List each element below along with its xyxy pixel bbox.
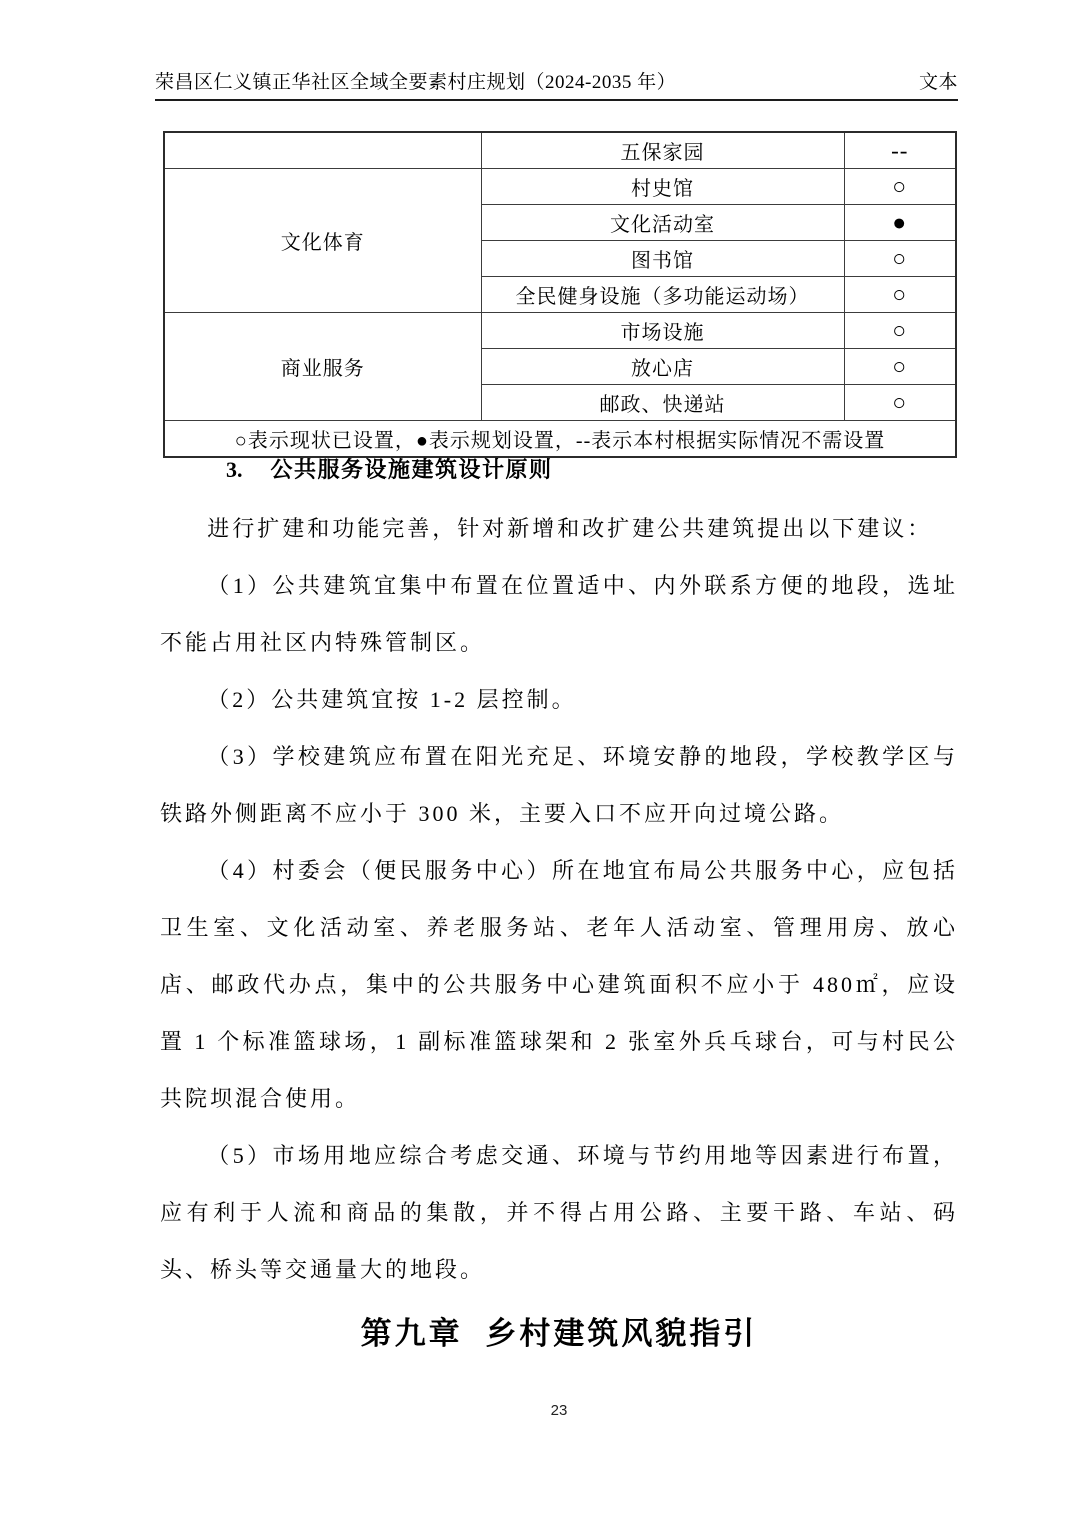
table-row: 五保家园 -- <box>164 132 956 169</box>
page-header: 荣昌区仁义镇正华社区全域全要素村庄规划（2024-2035 年） 文本 <box>155 70 958 101</box>
table-legend-note: ○表示现状已设置，●表示规划设置，--表示本村根据实际情况不需设置 <box>164 421 956 458</box>
table-cell-facility: 图书馆 <box>481 241 844 277</box>
section-heading: 3. 公共服务设施建筑设计原则 <box>226 454 553 486</box>
paragraph-1: （1）公共建筑宜集中布置在位置适中、内外联系方便的地段，选址不能占用社区内特殊管… <box>160 557 958 671</box>
status-symbol: ○ <box>844 313 956 349</box>
header-right-label: 文本 <box>919 70 958 96</box>
paragraph-intro: 进行扩建和功能完善，针对新增和改扩建公共建筑提出以下建议： <box>160 500 958 557</box>
table-cell-category <box>164 132 481 169</box>
paragraph-5: （5）市场用地应综合考虑交通、环境与节约用地等因素进行布置，应有利于人流和商品的… <box>160 1127 958 1298</box>
paragraph-3: （3）学校建筑应布置在阳光充足、环境安静的地段，学校教学区与铁路外侧距离不应小于… <box>160 728 958 842</box>
table-cell-category: 文化体育 <box>164 169 481 313</box>
status-symbol: ○ <box>844 349 956 385</box>
table-cell-facility: 市场设施 <box>481 313 844 349</box>
section-title: 公共服务设施建筑设计原则 <box>271 454 553 486</box>
table-cell-facility: 放心店 <box>481 349 844 385</box>
table-cell-facility: 五保家园 <box>481 132 844 169</box>
body-text: 进行扩建和功能完善，针对新增和改扩建公共建筑提出以下建议： （1）公共建筑宜集中… <box>160 500 958 1298</box>
facility-table: 五保家园 -- 文化体育 村史馆 ○ 文化活动室 ● 图书馆 ○ 全民健身设施（… <box>163 131 957 458</box>
status-symbol: ○ <box>844 277 956 313</box>
table-cell-facility: 村史馆 <box>481 169 844 205</box>
table-cell-facility: 邮政、快递站 <box>481 385 844 421</box>
table-cell-facility: 文化活动室 <box>481 205 844 241</box>
table-row: 商业服务 市场设施 ○ <box>164 313 956 349</box>
table-row: 文化体育 村史馆 ○ <box>164 169 956 205</box>
header-title: 荣昌区仁义镇正华社区全域全要素村庄规划（2024-2035 年） <box>155 70 676 96</box>
status-symbol: -- <box>844 132 956 169</box>
table-cell-category: 商业服务 <box>164 313 481 421</box>
table-legend-row: ○表示现状已设置，●表示规划设置，--表示本村根据实际情况不需设置 <box>164 421 956 458</box>
paragraph-4: （4）村委会（便民服务中心）所在地宜布局公共服务中心，应包括卫生室、文化活动室、… <box>160 842 958 1127</box>
document-page: 荣昌区仁义镇正华社区全域全要素村庄规划（2024-2035 年） 文本 五保家园… <box>0 0 1074 1520</box>
page-number: 23 <box>160 1402 958 1419</box>
paragraph-2: （2）公共建筑宜按 1-2 层控制。 <box>160 671 958 728</box>
status-symbol: ○ <box>844 169 956 205</box>
chapter-title: 第九章 乡村建筑风貌指引 <box>160 1308 958 1353</box>
status-symbol: ○ <box>844 385 956 421</box>
status-symbol: ○ <box>844 241 956 277</box>
table-cell-facility: 全民健身设施（多功能运动场） <box>481 277 844 313</box>
status-symbol: ● <box>844 205 956 241</box>
section-number: 3. <box>226 454 243 486</box>
